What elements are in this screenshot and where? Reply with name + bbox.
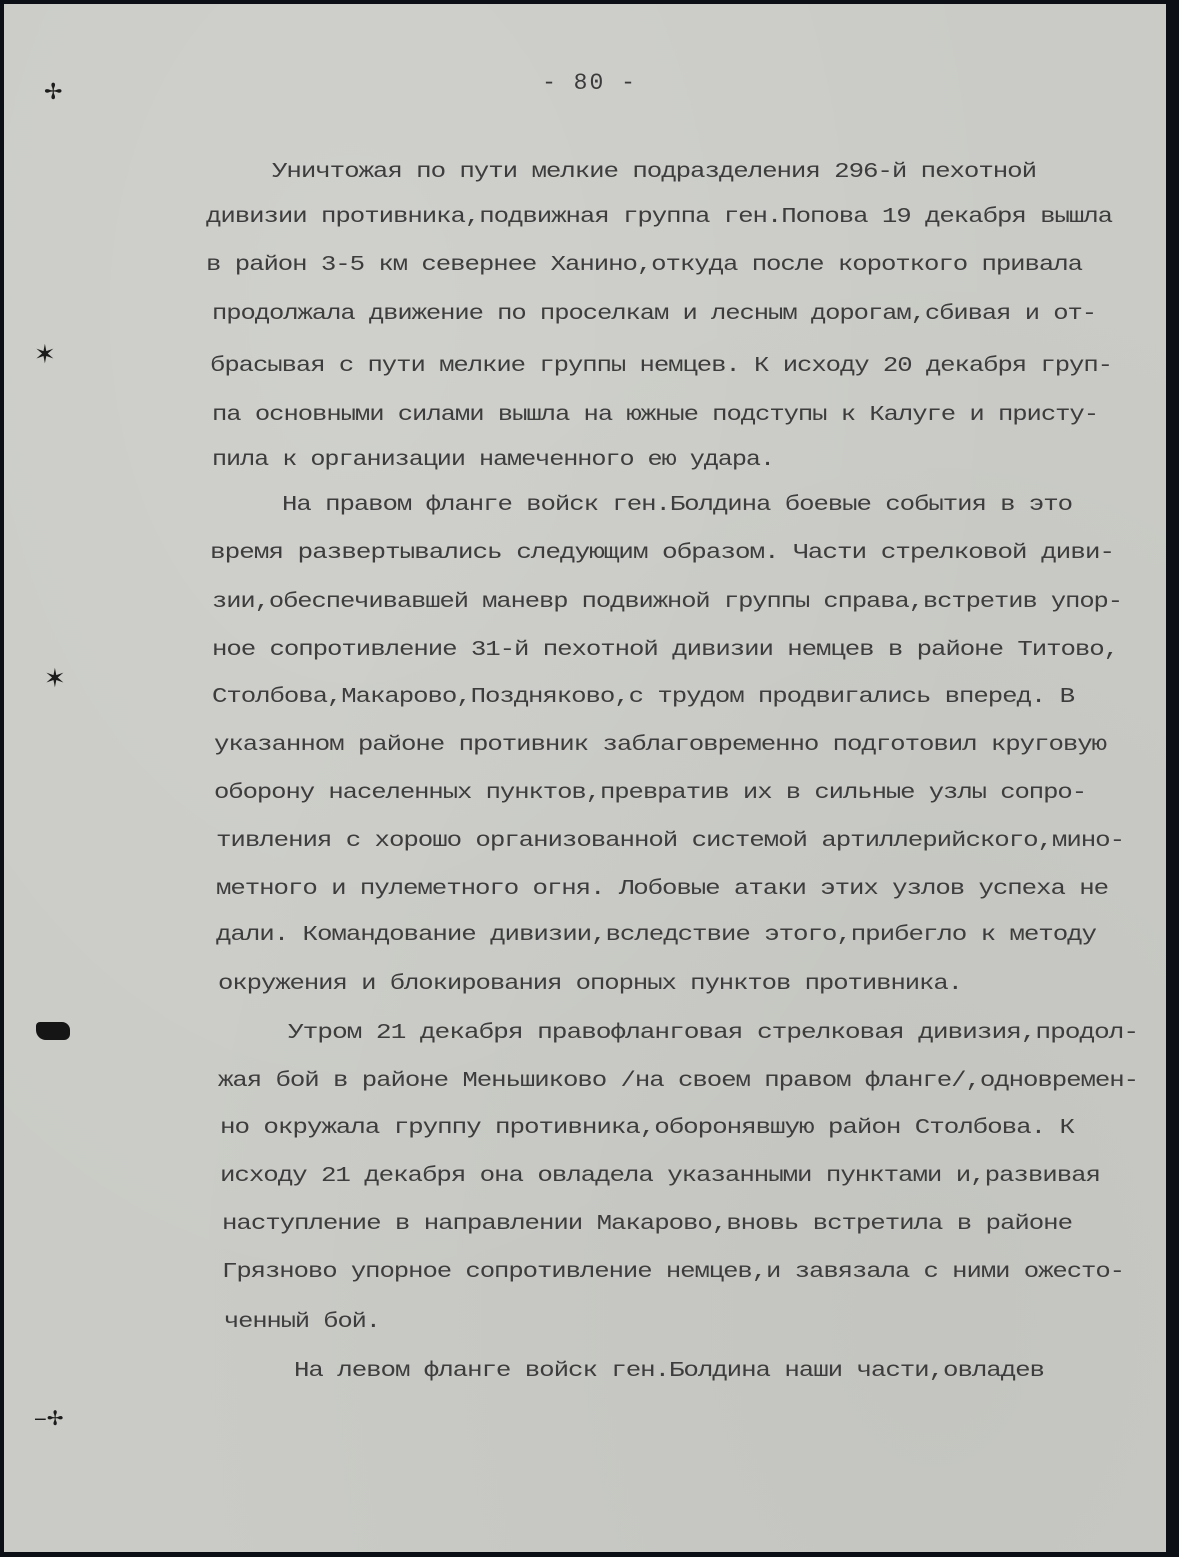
text-line: На левом фланге войск ген.Болдина наши ч…	[294, 1359, 1044, 1383]
text-line: Утром 21 декабря правофланговая стрелков…	[288, 1021, 1138, 1045]
binding-hole-mark	[36, 1022, 70, 1040]
text-line: жая бой в районе Меньшиково /на своем пр…	[218, 1069, 1138, 1093]
binding-hole-mark: ‒✢	[34, 1406, 63, 1430]
text-line: окружения и блокирования опорных пунктов…	[218, 972, 962, 996]
text-line: На правом фланге войск ген.Болдина боевы…	[282, 493, 1072, 517]
text-line: в район 3-5 км севернее Ханино,откуда по…	[206, 253, 1082, 277]
binding-hole-mark: ✶	[44, 664, 66, 694]
text-line: продолжала движение по проселкам и лесны…	[212, 302, 1096, 326]
text-line: указанном районе противник заблаговремен…	[214, 733, 1106, 757]
text-line: ное сопротивление 31-й пехотной дивизии …	[212, 638, 1118, 662]
text-line: исходу 21 декабря она овладела указанным…	[220, 1164, 1100, 1188]
text-line: но окружала группу противника,оборонявшу…	[220, 1116, 1074, 1140]
text-line: Уничтожая по пути мелкие подразделения 2…	[272, 160, 1036, 184]
text-line: брасывая с пути мелкие группы немцев. К …	[210, 354, 1112, 378]
text-line: пила к организации намеченного ею удара.	[212, 448, 774, 472]
text-line: па основными силами вышла на южные подст…	[212, 403, 1098, 427]
text-line: дивизии противника,подвижная группа ген.…	[206, 205, 1112, 229]
text-line: метного и пулеметного огня. Лобовые атак…	[216, 877, 1108, 901]
document-page	[4, 4, 1166, 1552]
text-line: оборону населенных пунктов,превратив их …	[214, 781, 1086, 805]
text-line: Грязново упорное сопротивление немцев,и …	[222, 1260, 1124, 1284]
text-line: зии,обеспечивавшей маневр подвижной груп…	[212, 590, 1122, 614]
page-number: - 80 -	[0, 70, 1179, 96]
text-line: ченный бой.	[224, 1310, 380, 1334]
text-line: наступление в направлении Макарово,вновь…	[222, 1212, 1072, 1236]
text-line: Столбова,Макарово,Поздняково,с трудом пр…	[212, 685, 1074, 709]
text-line: дали. Командование дивизии,вследствие эт…	[216, 923, 1096, 947]
text-line: тивления с хорошо организованной системо…	[216, 829, 1124, 853]
binding-hole-mark: ✶	[34, 340, 56, 370]
text-line: время развертывались следующим образом. …	[210, 541, 1114, 565]
